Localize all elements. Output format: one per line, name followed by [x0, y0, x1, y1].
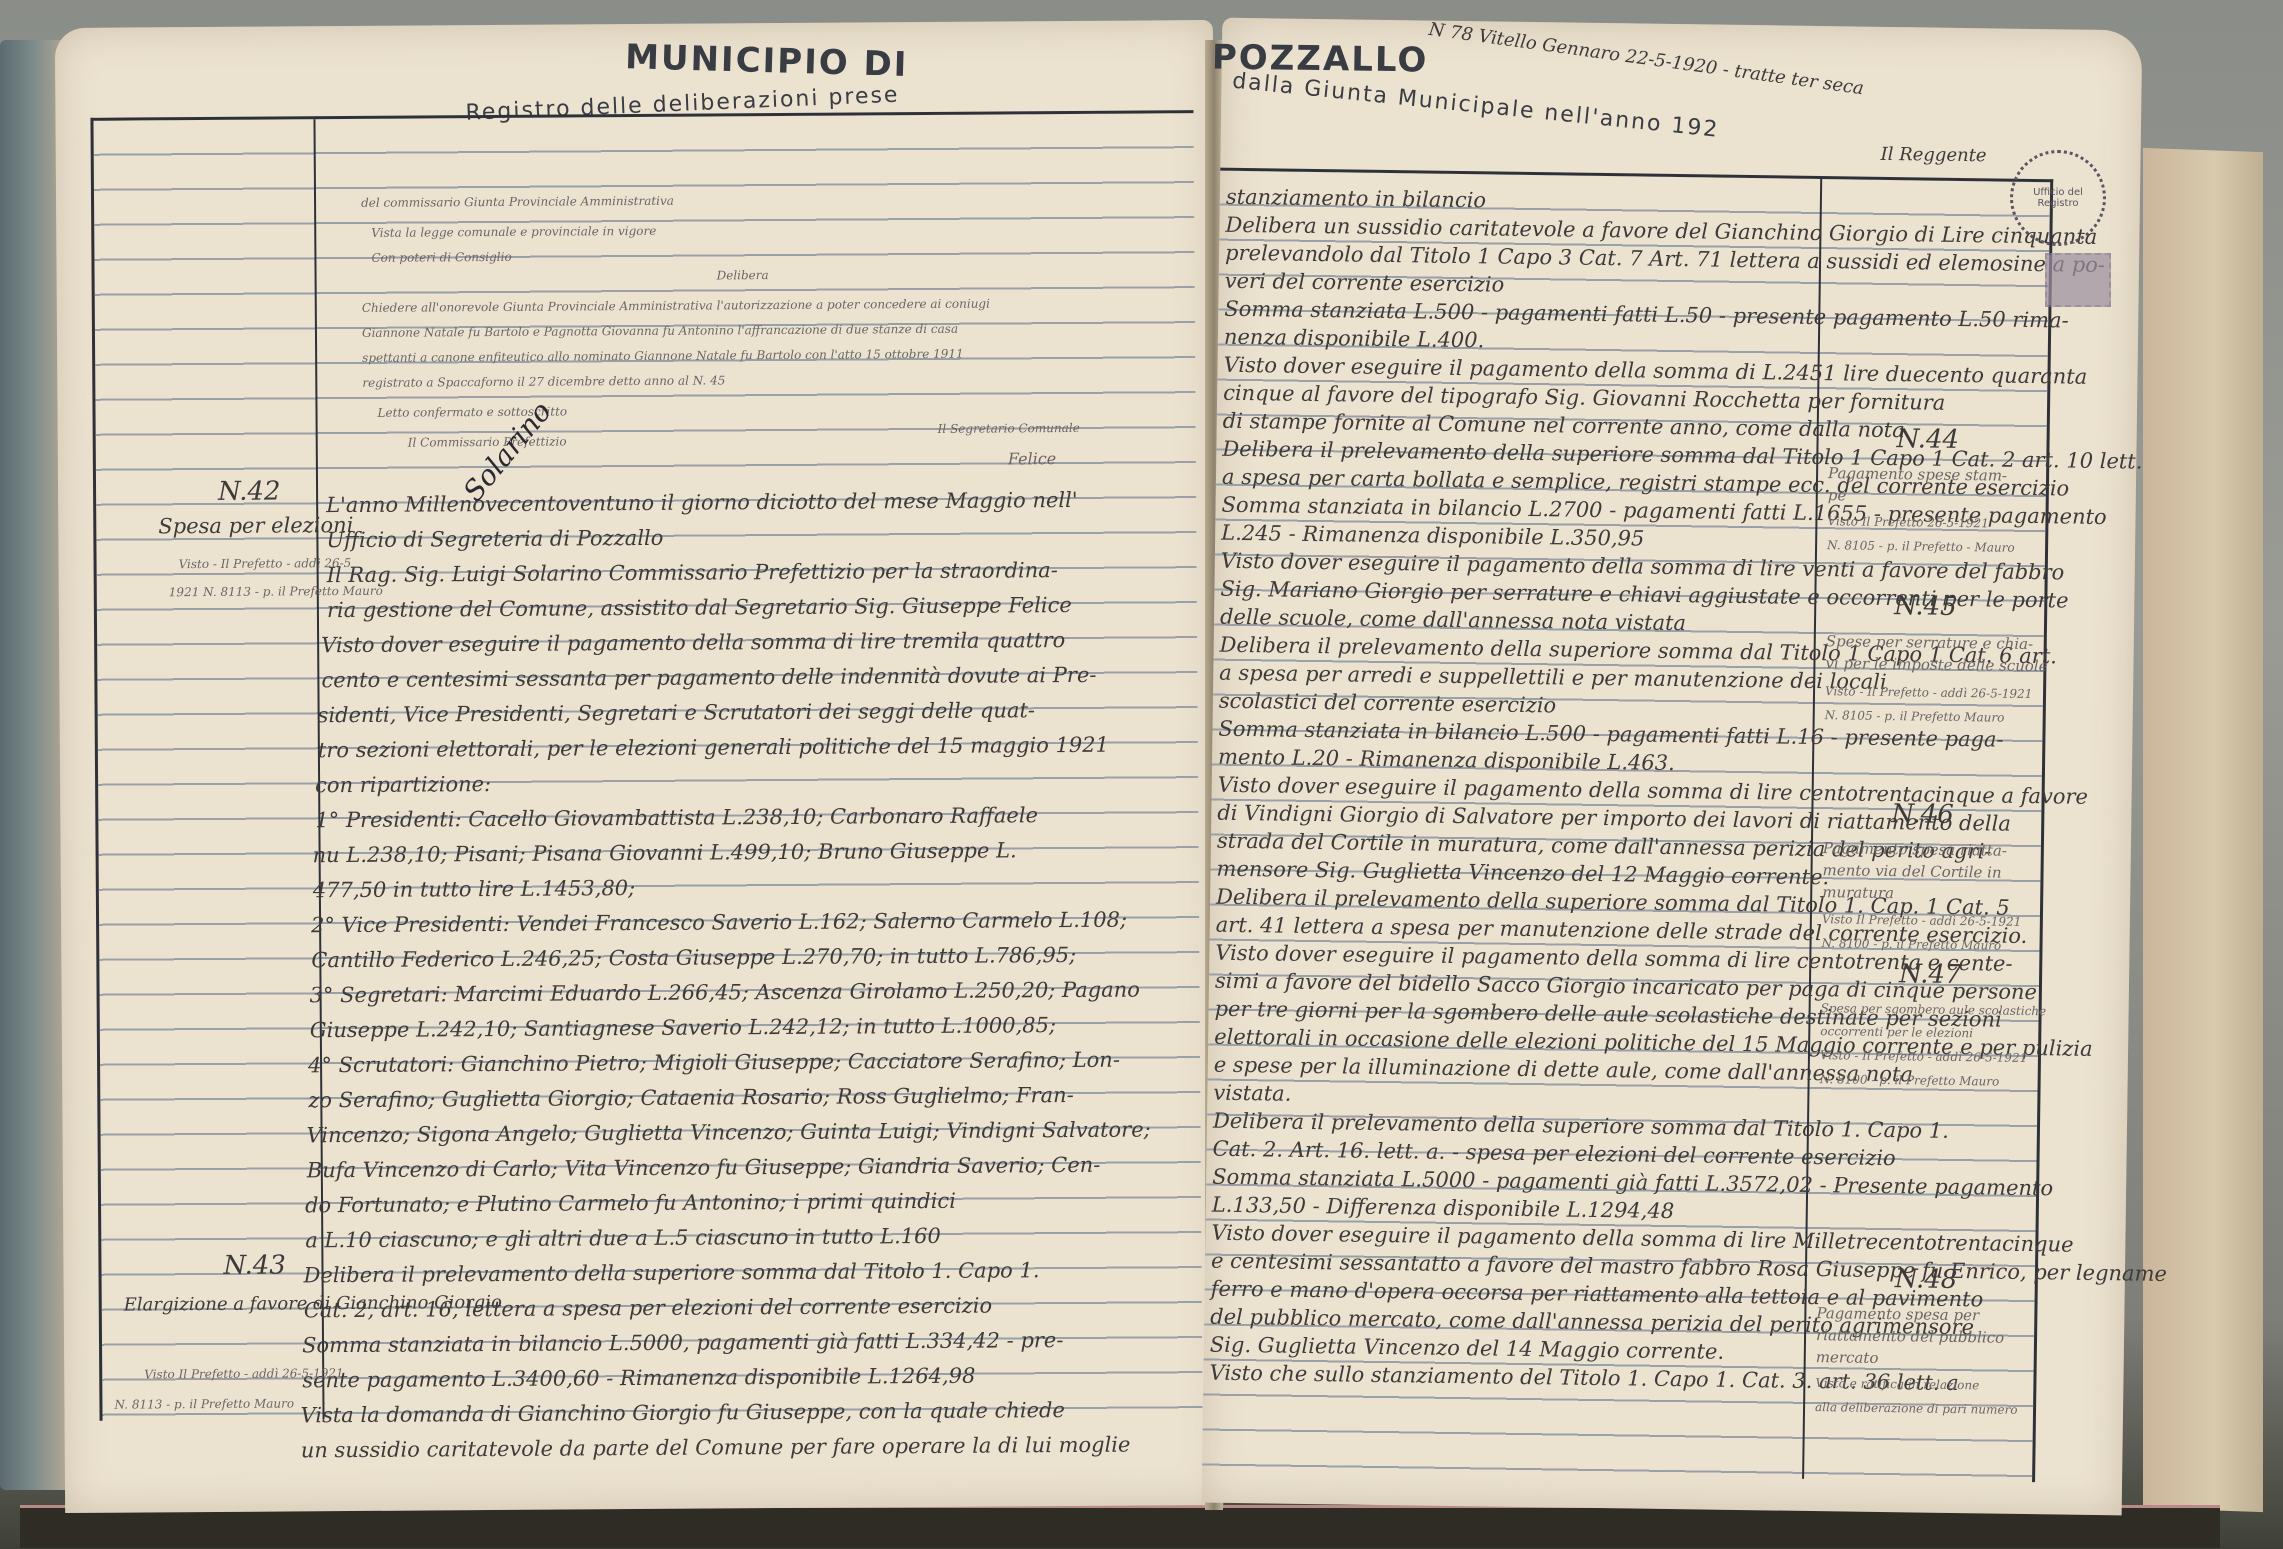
text-line: con ripartizione: [315, 767, 491, 803]
entry-number: N.48 [1895, 1262, 1958, 1298]
text-line: L'anno Millenovecentoventuno il giorno d… [326, 483, 1078, 523]
text-line: un sussidio caritatevole da parte del Co… [301, 1428, 1131, 1469]
round-office-stamp: Ufficio del Registro [2010, 150, 2106, 246]
header-title-left: MUNICIPIO DI [625, 37, 909, 85]
right-page-body: stanziamento in bilancio Delibera un sus… [1222, 18, 2142, 31]
text-line: Bufa Vincenzo di Carlo; Vita Vincenzo fu… [307, 1148, 1101, 1189]
entry-42-body: L'anno Millenovecentoventuno il giorno d… [55, 20, 1213, 28]
text-line: Somma stanziata in bilancio L.5000, paga… [302, 1323, 1064, 1363]
text-line: Giuseppe L.242,10; Santiagnese Saverio L… [310, 1008, 1056, 1048]
text-line: a L.10 ciascuno; e gli altri due a L.5 c… [305, 1219, 941, 1258]
entry-number: N.44 [1896, 422, 1959, 458]
entry-approval-note: N. 8105 - p. il Prefetto Mauro [1824, 698, 2004, 736]
book-cover-right [2143, 148, 2263, 1512]
text-line: Cantillo Federico L.246,25; Costa Giusep… [311, 938, 1076, 978]
text-line: sidenti, Vice Presidenti, Segretari e Sc… [318, 693, 1036, 733]
entry-approval-note: alla deliberazione di pari numero [1815, 1390, 2018, 1428]
entry-number: N.47 [1899, 957, 1962, 993]
stamp-text: Ufficio del Registro [2013, 187, 2103, 209]
text-line: do Fortunato; e Plutino Carmelo fu Anton… [305, 1184, 956, 1224]
header-subtitle-right: dalla Giunta Municipale nell'anno 192 [1231, 69, 1720, 143]
entry-title: Elargizione a favore di Gianchino Giorgi… [124, 1285, 502, 1323]
margin-entry-48: N.48 Pagamento spesa per riattamento del… [1222, 18, 2142, 31]
entry-number: N.43 [223, 1248, 286, 1283]
margin-entry-45: N.45 Spese per serrature e chia- vi per … [1222, 18, 2142, 31]
left-page-top-text: del commissario Giunta Provinciale Ammin… [55, 20, 1213, 28]
left-page: MUNICIPIO DI Registro delle deliberazion… [55, 20, 1223, 1513]
text-line: cento e centesimi sessanta per pagamento… [321, 658, 1096, 698]
text-line: zo Serafino; Guglietta Giorgio; Cataenia… [308, 1078, 1074, 1118]
text-line: Vincenzo; Sigona Angelo; Guglietta Vince… [306, 1112, 1150, 1153]
revenue-stamp [2045, 253, 2111, 307]
entry-approval-note: N. 8105 - p. il Prefetto - Mauro [1827, 528, 2015, 566]
entry-title: Pagamento spese stam- [1828, 456, 2007, 493]
entry-number: N.42 [218, 474, 281, 509]
margin-entry-44: N.44 Pagamento spese stam- pe Visto Il P… [1222, 18, 2142, 31]
text-line: sente pagamento L.3400,60 - Rimanenza di… [302, 1359, 975, 1399]
text-line: tro sezioni elettorali, per le elezioni … [318, 728, 1109, 769]
text-line: Vista la domanda di Gianchino Giorgio fu… [300, 1393, 1065, 1433]
entry-approval-note: N. 8113 - p. il Prefetto Mauro [114, 1386, 294, 1422]
signature-felice: Felice [1008, 441, 1057, 476]
header-signature: Il Reggente [1880, 137, 1986, 173]
text-line: 3° Segretari: Marcimi Eduardo L.266,45; … [309, 973, 1140, 1014]
text-line: 477,50 in tutto lire L.1453,80; [313, 871, 636, 908]
text-line: 4° Scrutatori: Gianchino Pietro; Migioli… [308, 1043, 1120, 1084]
right-page: POZZALLO dalla Giunta Municipale nell'an… [1202, 18, 2143, 1516]
header-handwritten-note: N 78 Vitello Gennaro 22-5-1920 - tratte … [1427, 12, 1866, 106]
entry-title: Spesa per elezioni [158, 508, 353, 544]
margin-entry-47: N.47 Spesa per sgombero aule scolastiche… [1222, 18, 2142, 31]
text-line: ria gestione del Comune, assistito dal S… [327, 588, 1072, 628]
entry-number: N.46 [1891, 797, 1954, 833]
entry-approval-note: N. 8100 - p. il Prefetto Mauro [1819, 1062, 1999, 1100]
text-line: Ufficio di Segreteria di Pozzallo [326, 521, 663, 558]
text-line: Il Rag. Sig. Luigi Solarino Commissario … [327, 553, 1058, 593]
entry-number: N.45 [1894, 589, 1957, 625]
text-line: 2° Vice Presidenti: Vendei Francesco Sav… [311, 903, 1127, 944]
text-line: nu L.238,10; Pisani; Pisana Giovanni L.4… [312, 833, 1016, 873]
text-line: Con poteri di Consiglio [371, 240, 511, 276]
text-line: Visto dover eseguire il pagamento della … [321, 623, 1065, 663]
margin-entry-46: N.46 Pagamento spesa riatta- mento via d… [1222, 18, 2142, 31]
text-line: 1° Presidenti: Cacello Giovambattista L.… [315, 798, 1038, 838]
entry-43-body: Vista la domanda di Gianchino Giorgio fu… [55, 20, 1213, 28]
